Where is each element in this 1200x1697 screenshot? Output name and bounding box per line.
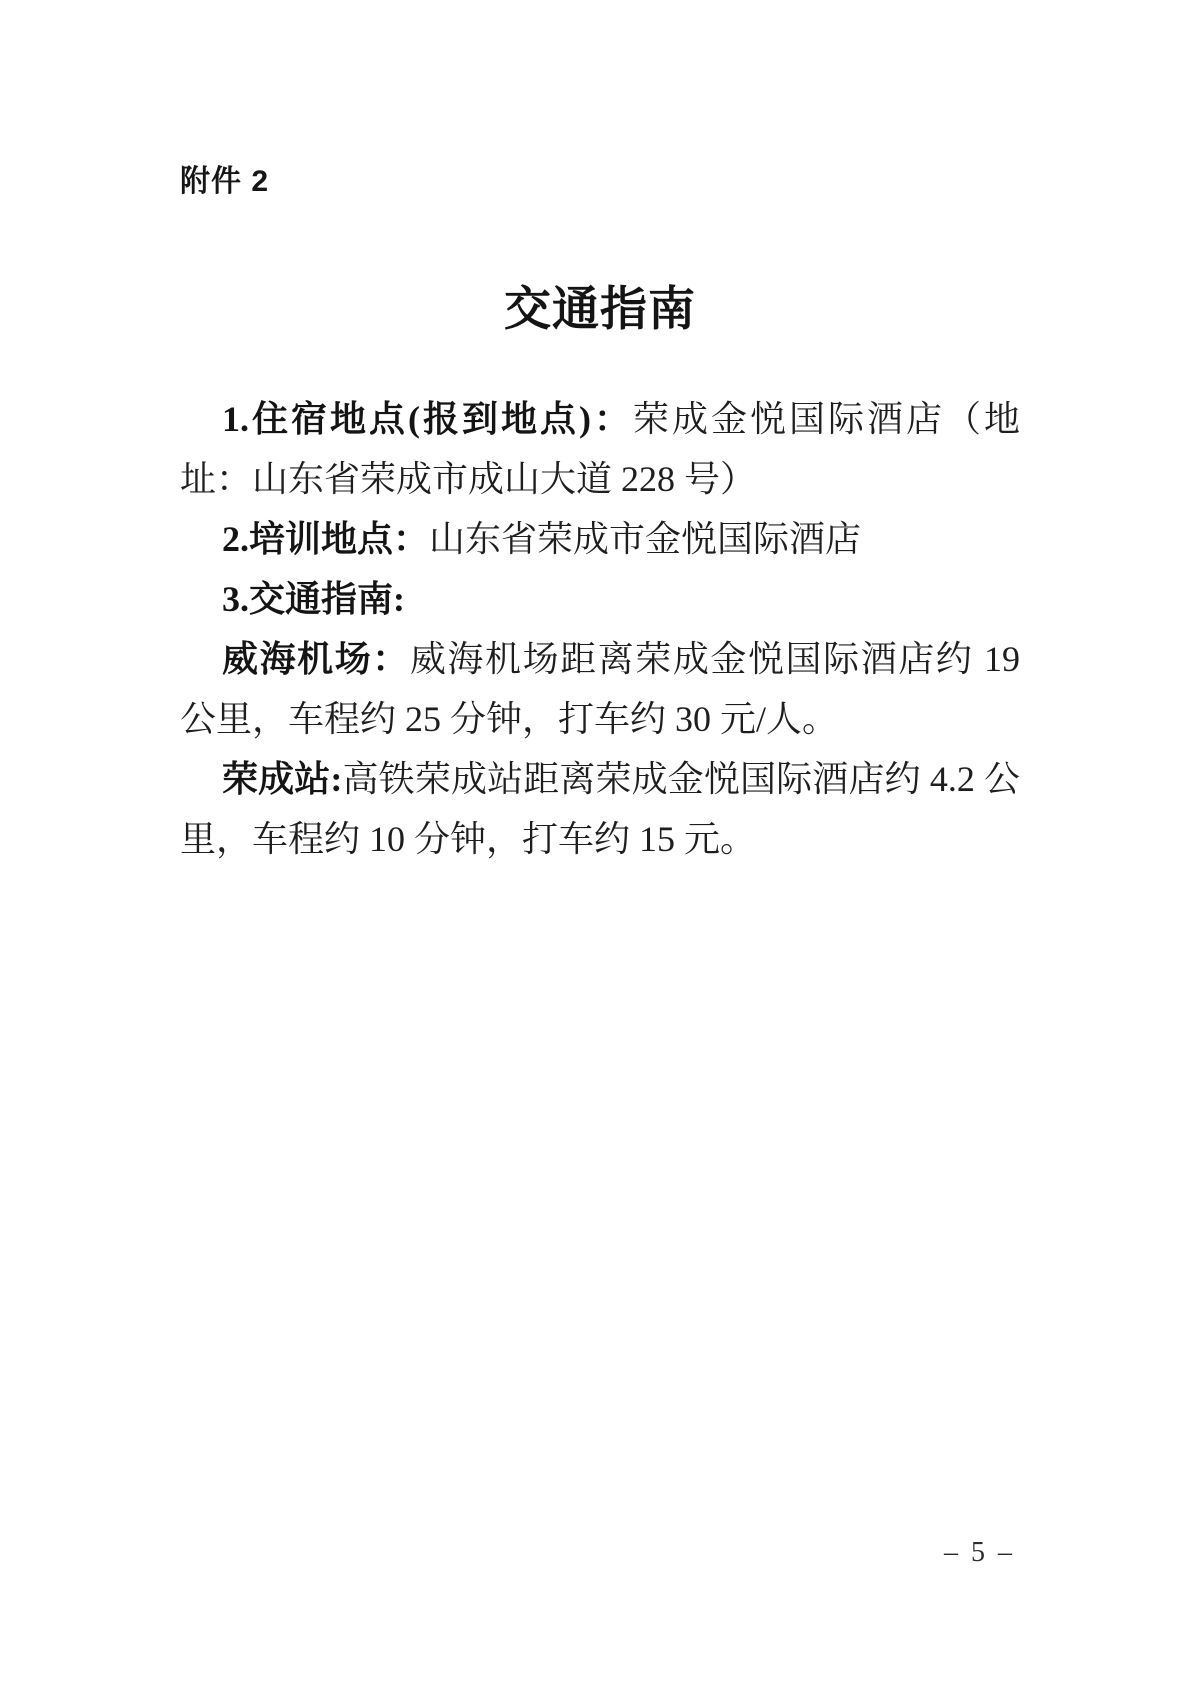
paragraph-rongcheng-station-label: 荣成站: [222,759,342,799]
paragraph-weihai-airport-label: 威海机场： [222,639,410,679]
paragraph-accommodation: 1.住宿地点(报到地点)：荣成金悦国际酒店（地址：山东省荣成市成山大道 228 … [180,389,1020,509]
paragraph-traffic-guide-heading: 3.交通指南: [180,569,1020,629]
paragraph-traffic-guide-heading-label: 3.交通指南: [222,579,405,619]
document-body: 1.住宿地点(报到地点)：荣成金悦国际酒店（地址：山东省荣成市成山大道 228 … [180,389,1020,869]
document-title: 交通指南 [0,272,1200,339]
paragraph-training-location-text: 山东省荣成市金悦国际酒店 [429,519,861,559]
document-page: 附件 2 交通指南 1.住宿地点(报到地点)：荣成金悦国际酒店（地址：山东省荣成… [0,0,1200,1697]
paragraph-training-location-label: 2.培训地点： [222,519,429,559]
paragraph-training-location: 2.培训地点：山东省荣成市金悦国际酒店 [180,509,1020,569]
paragraph-rongcheng-station: 荣成站:高铁荣成站距离荣成金悦国际酒店约 4.2 公里，车程约 10 分钟，打车… [180,749,1020,869]
page-number: – 5 – [944,1537,1015,1569]
attachment-label: 附件 2 [180,156,269,200]
paragraph-accommodation-label: 1.住宿地点(报到地点)： [222,399,633,439]
paragraph-weihai-airport: 威海机场：威海机场距离荣成金悦国际酒店约 19 公里，车程约 25 分钟，打车约… [180,629,1020,749]
